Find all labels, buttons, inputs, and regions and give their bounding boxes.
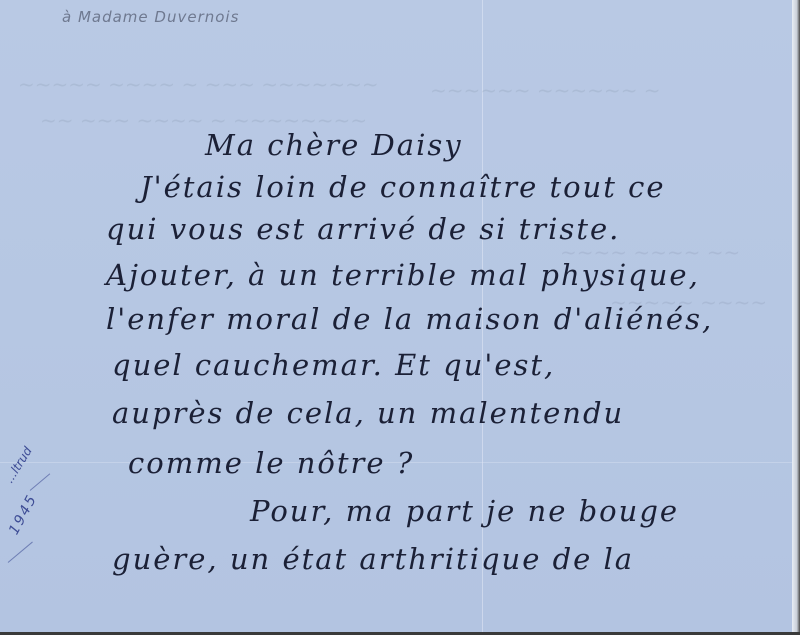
salutation: Ma chère Daisy (205, 128, 463, 162)
letter-sheet: ~~~~~ ~~~~ ~ ~~~ ~~~~~~~ ~~ ~~~ ~~~~ ~ ~… (0, 0, 792, 632)
margin-annotation-year: 1945 (6, 491, 41, 537)
letter-line-9: guère, un état arthritique de la (112, 542, 634, 576)
letter-line-5: quel cauchemar. Et qu'est, (112, 348, 555, 382)
margin-rule (30, 473, 51, 490)
letter-line-8: Pour, ma part je ne bouge (250, 494, 679, 528)
margin-annotation: ...ltrud (2, 444, 35, 485)
letter-line-3: Ajouter, à un terrible mal physique, (106, 258, 700, 292)
pencil-annotation: à Madame Duvernois (62, 8, 239, 26)
letter-line-4: l'enfer moral de la maison d'aliénés, (106, 302, 713, 336)
bleed-through-text: ~~~~~~ ~~~~~~ ~ (430, 78, 661, 102)
letter-line-2: qui vous est arrivé de si triste. (106, 212, 620, 246)
bleed-through-text: ~~~~~ ~~~~ ~ ~~~ ~~~~~~~ (18, 72, 379, 96)
margin-rule (8, 542, 33, 563)
letter-line-1: J'étais loin de connaître tout ce (140, 170, 666, 204)
scan-edge (792, 0, 800, 635)
letter-line-7: comme le nôtre ? (128, 446, 414, 480)
letter-line-6: auprès de cela, un malentendu (112, 396, 624, 430)
